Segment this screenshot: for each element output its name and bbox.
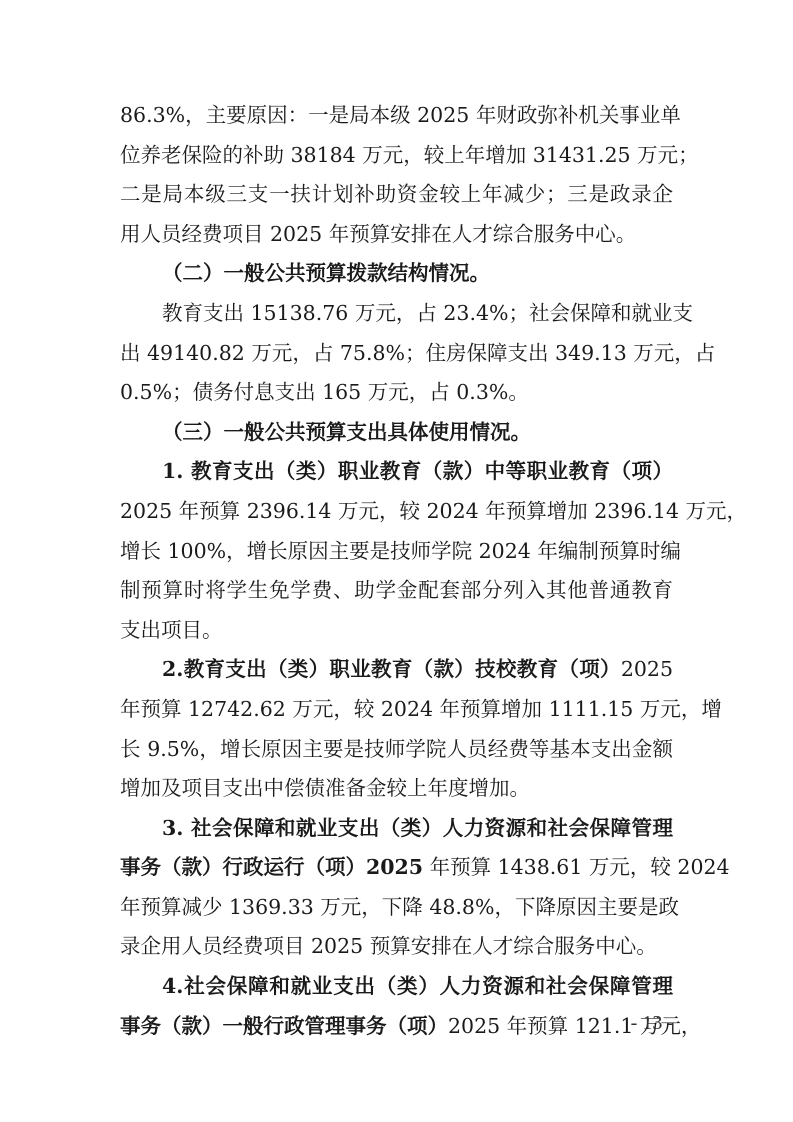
- item-4-heading: 4.社会保障和就业支出（类）人力资源和社会保障管理: [120, 967, 673, 1007]
- item-2-heading: 2.教育支出（类）职业教育（款）技校教育（项）2025: [120, 650, 673, 690]
- document-page: 86.3%，主要原因：一是局本级 2025 年财政弥补机关事业单 位养老保险的补…: [0, 0, 793, 1122]
- paragraph-line: 增长 100%，增长原因主要是技师学院 2024 年编制预算时编: [120, 532, 673, 572]
- paragraph-line: 制预算时将学生免学费、助学金配套部分列入其他普通教育: [120, 571, 673, 611]
- item-3-detail: 年预算 1438.61 万元，较 2024: [423, 855, 730, 879]
- paragraph-line: 出 49140.82 万元，占 75.8%；住房保障支出 349.13 万元，占: [120, 334, 673, 374]
- page-number: - 13 -: [612, 1012, 674, 1035]
- paragraph-line: 2025 年预算 2396.14 万元，较 2024 年预算增加 2396.14…: [120, 492, 673, 532]
- document-body: 86.3%，主要原因：一是局本级 2025 年财政弥补机关事业单 位养老保险的补…: [120, 96, 673, 1046]
- paragraph-line: 录企用人员经费项目 2025 预算安排在人才综合服务中心。: [120, 927, 673, 967]
- paragraph-line: 长 9.5%，增长原因主要是技师学院人员经费等基本支出金额: [120, 730, 673, 770]
- paragraph-line: 增加及项目支出中偿债准备金较上年度增加。: [120, 769, 673, 809]
- paragraph-line: 用人员经费项目 2025 年预算安排在人才综合服务中心。: [120, 215, 673, 255]
- paragraph-line: 0.5%；债务付息支出 165 万元，占 0.3%。: [120, 373, 673, 413]
- section-heading-2: （二）一般公共预算拨款结构情况。: [120, 254, 673, 294]
- paragraph-line: 事务（款）行政运行（项）2025 年预算 1438.61 万元，较 2024: [120, 848, 673, 888]
- paragraph-line: 二是局本级三支一扶计划补助资金较上年减少；三是政录企: [120, 175, 673, 215]
- item-3-title-cont: 事务（款）行政运行（项）2025: [120, 855, 423, 879]
- item-1-heading: 1. 教育支出（类）职业教育（款）中等职业教育（项）: [120, 452, 673, 492]
- paragraph-line: 位养老保险的补助 38184 万元，较上年增加 31431.25 万元；: [120, 136, 673, 176]
- paragraph-line: 年预算减少 1369.33 万元，下降 48.8%，下降原因主要是政: [120, 888, 673, 928]
- paragraph-line: 年预算 12742.62 万元，较 2024 年预算增加 1111.15 万元，…: [120, 690, 673, 730]
- section-heading-3: （三）一般公共预算支出具体使用情况。: [120, 413, 673, 453]
- paragraph-line: 86.3%，主要原因：一是局本级 2025 年财政弥补机关事业单: [120, 96, 673, 136]
- item-2-year: 2025: [621, 657, 673, 681]
- paragraph-line: 支出项目。: [120, 611, 673, 651]
- paragraph-line: 事务（款）一般行政管理事务（项）2025 年预算 121.1 万元，: [120, 1007, 673, 1047]
- item-2-title: 2.教育支出（类）职业教育（款）技校教育（项）: [162, 657, 621, 681]
- item-3-heading: 3. 社会保障和就业支出（类）人力资源和社会保障管理: [120, 809, 673, 849]
- item-4-title-cont: 事务（款）一般行政管理事务（项）: [120, 1014, 448, 1038]
- paragraph-line: 教育支出 15138.76 万元，占 23.4%；社会保障和就业支: [120, 294, 673, 334]
